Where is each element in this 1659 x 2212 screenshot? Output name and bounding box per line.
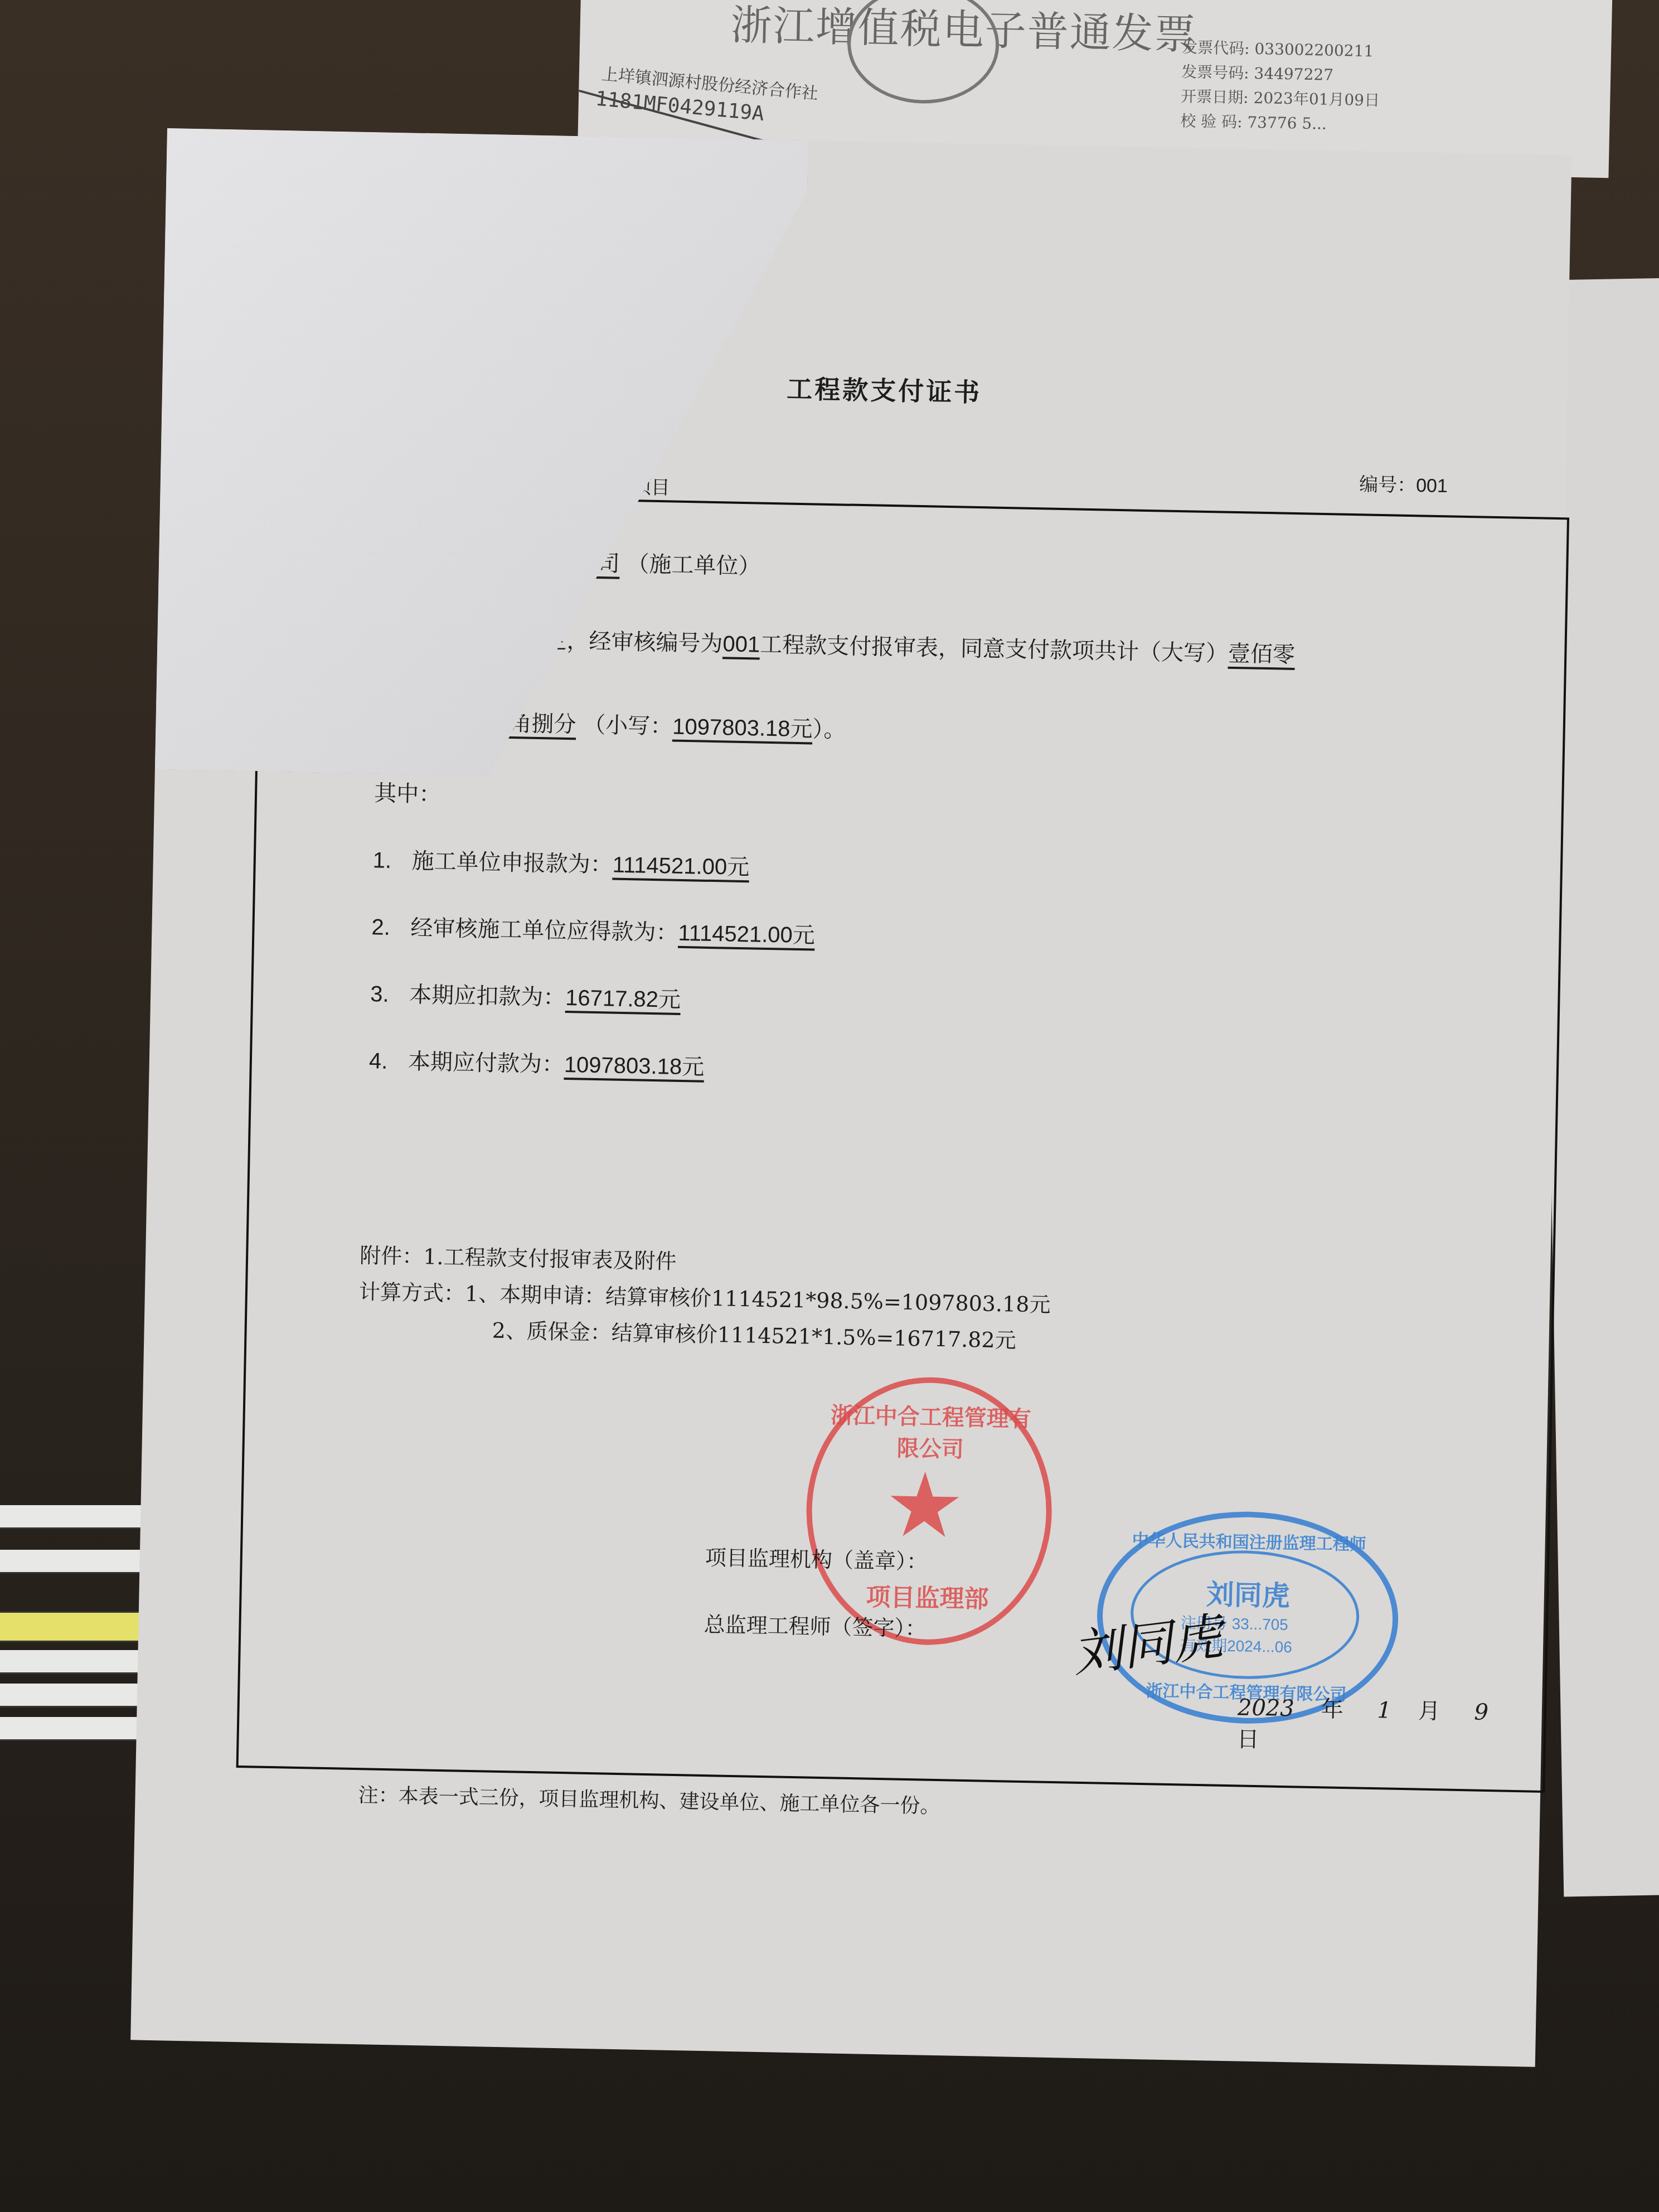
item-value: 1114521.00元 xyxy=(678,921,815,948)
date-year: 2023 xyxy=(1238,1695,1295,1721)
invoice-number-label: 发票号码 xyxy=(1181,62,1244,82)
item-index: 1. xyxy=(372,848,412,874)
red-company-seal: 浙江中合工程管理有限公司 ★ 项目监理部 xyxy=(804,1375,1054,1647)
blue-seal-top-text: 中华人民共和国注册监理工程师 xyxy=(1115,1526,1383,1555)
date-day: 9 xyxy=(1474,1700,1488,1725)
yellow-sheet xyxy=(0,1611,145,1642)
amount-small: 1097803.18元 xyxy=(672,715,813,742)
item-value: 16717.82元 xyxy=(565,986,681,1012)
item-index: 2. xyxy=(371,915,411,940)
supervision-org-label: 项目监理机构（盖章）： xyxy=(705,1540,928,1575)
item-row: 1.施工单位申报款为：1114521.00元 xyxy=(372,842,749,881)
issue-date: 2023年01月09日 xyxy=(1253,89,1380,110)
item-label: 施工单位申报款为： xyxy=(411,848,613,878)
item-row: 4.本期应付款为：1097803.18元 xyxy=(368,1043,704,1081)
serial-label: 编号： xyxy=(1359,474,1417,496)
check-code: 73776 5... xyxy=(1247,113,1327,133)
paper-stack xyxy=(0,1505,151,1840)
serial-value: 001 xyxy=(1416,475,1448,497)
attachment-line: 附件：1.工程款支付报审表及附件 xyxy=(360,1238,677,1275)
review-number: 001 xyxy=(722,632,760,657)
among-label: 其中： xyxy=(374,775,442,808)
date-month: 1 xyxy=(1377,1697,1391,1723)
invoice-code: 033002200211 xyxy=(1254,40,1374,60)
red-seal-bottom-text: 项目监理部 xyxy=(832,1576,1022,1616)
payment-certificate: 工程款支付证书 工程名称：上垟镇小黄南至五都楼道路拓宽项目 编号：001 致： … xyxy=(130,128,1571,2067)
invoice-code-label: 发票代码 xyxy=(1182,38,1245,57)
item-value: 1114521.00元 xyxy=(612,853,749,880)
calc-line-1: 计算方式：1、本期申请：结算审核价1114521*98.5%=1097803.1… xyxy=(359,1274,1051,1318)
star-icon: ★ xyxy=(884,1460,965,1551)
issue-date-label: 开票日期 xyxy=(1181,87,1244,106)
amount-small-prefix: （小写： xyxy=(583,712,673,740)
chief-engineer-label: 总监理工程师（签字）： xyxy=(704,1607,926,1642)
document-title: 工程款支付证书 xyxy=(787,368,982,409)
recipient-role: （施工单位） xyxy=(627,551,761,580)
item-value: 1097803.18元 xyxy=(564,1052,704,1080)
check-code-label: 校 验 码 xyxy=(1180,111,1237,131)
sign-date: 2023年 1月 9日 xyxy=(1236,1690,1544,1759)
invoice-meta: 发票代码: 033002200211 发票号码: 34497227 开票日期: … xyxy=(1180,35,1381,137)
calc-line-2: 2、质保金：结算审核价1114521*1.5%=16717.82元 xyxy=(492,1313,1016,1354)
body-middle: 工程款支付报审表，同意支付款项共计（大写） xyxy=(760,632,1229,667)
item-label: 本期应付款为： xyxy=(408,1049,564,1078)
invoice-number: 34497227 xyxy=(1254,64,1333,84)
item-label: 本期应扣款为： xyxy=(409,982,566,1011)
amount-small-suffix: ）。 xyxy=(812,716,846,743)
invoice-stamp xyxy=(846,0,1000,105)
footnote: 注：本表一式三份，项目监理机构、建设单位、施工单位各一份。 xyxy=(358,1779,940,1819)
item-index: 3. xyxy=(370,982,410,1007)
year-label: 年 xyxy=(1321,1696,1343,1723)
amount-capital-1: 壹佰零 xyxy=(1228,641,1296,668)
item-index: 4. xyxy=(369,1049,409,1074)
item-row: 2.经审核施工单位应得款为：1114521.00元 xyxy=(371,909,815,949)
item-row: 3.本期应扣款为：16717.82元 xyxy=(370,976,681,1014)
serial-number: 编号：001 xyxy=(1359,469,1448,498)
item-label: 经审核施工单位应得款为： xyxy=(410,915,678,946)
day-label: 日 xyxy=(1236,1726,1259,1753)
month-label: 月 xyxy=(1418,1699,1440,1725)
